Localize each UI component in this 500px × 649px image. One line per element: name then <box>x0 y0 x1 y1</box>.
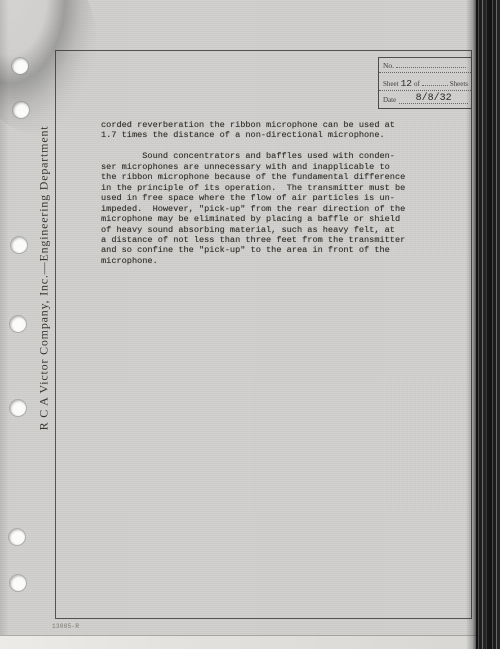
date-underline: 8/8/32 <box>399 94 468 104</box>
date-value: 8/8/32 <box>416 93 452 104</box>
punch-hole <box>12 58 28 74</box>
punch-hole <box>10 575 26 591</box>
dotted-line <box>396 61 466 68</box>
form-row-date: Date 8/8/32 <box>379 91 471 106</box>
company-side-label: R C A Victor Company, Inc.—Engineering D… <box>37 96 51 461</box>
form-row-sheet: Sheet 12 of Sheets <box>379 73 471 91</box>
paragraph: corded reverberation the ribbon micropho… <box>101 120 431 141</box>
date-label: Date <box>383 96 396 104</box>
punch-hole <box>10 400 26 416</box>
page-left-shading <box>0 0 9 649</box>
no-label: No. <box>383 61 394 70</box>
dotted-line <box>422 79 448 86</box>
sheet-label: Sheet <box>383 80 399 88</box>
sheet-number-value: 12 <box>401 79 412 88</box>
form-number: 13005-R <box>52 623 79 630</box>
paragraph: Sound concentrators and baffles used wit… <box>101 151 431 266</box>
punch-hole <box>13 102 29 118</box>
sheet-info-box: No. Sheet 12 of Sheets Date 8/8/32 <box>378 57 472 109</box>
punch-hole <box>10 316 26 332</box>
scan-edge-strip <box>476 0 500 649</box>
document-body: corded reverberation the ribbon micropho… <box>101 120 431 277</box>
of-label: of <box>414 80 420 88</box>
page-bottom-edge <box>0 635 478 649</box>
punch-hole <box>9 529 25 545</box>
scanned-page: No. Sheet 12 of Sheets Date 8/8/32 R C A… <box>0 0 478 649</box>
form-row-no: No. <box>379 58 471 73</box>
punch-hole <box>11 237 27 253</box>
